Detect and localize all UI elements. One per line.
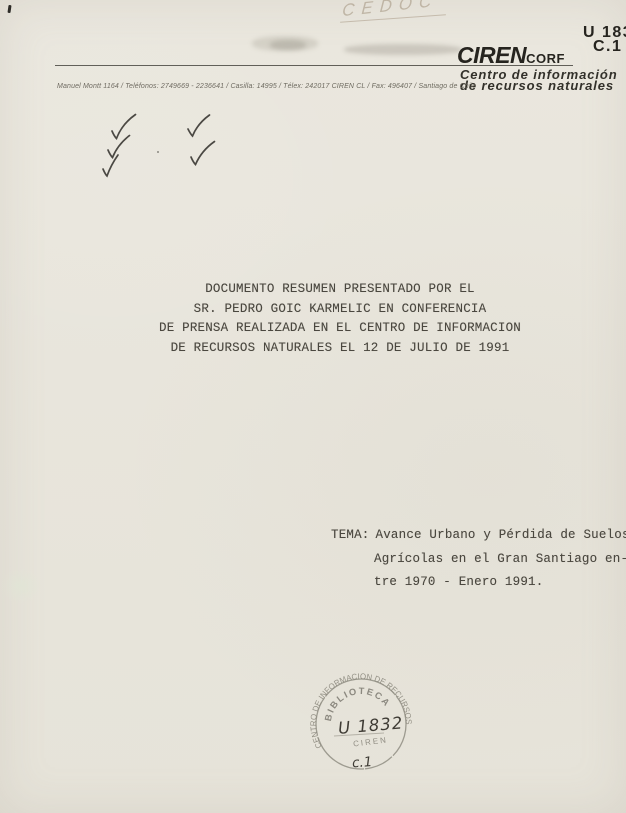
pen-dot	[157, 151, 159, 153]
stamp-org-label: CIREN	[353, 735, 389, 748]
ink-speck	[7, 5, 11, 13]
scan-smudge	[270, 40, 306, 50]
summary-line: DOCUMENTO RESUMEN PRESENTADO POR EL	[110, 280, 570, 300]
checkmark-icon	[188, 115, 210, 136]
summary-paragraph: DOCUMENTO RESUMEN PRESENTADO POR EL SR. …	[110, 280, 570, 358]
paper-light-spot	[0, 568, 42, 604]
checkmark-icon	[112, 115, 136, 139]
catalog-code-bottom: C.1	[593, 38, 622, 56]
scanned-document-page: CEDOC CIRENCORF Centro de información de…	[0, 0, 626, 813]
letterhead-rule	[55, 65, 573, 67]
scan-smudge	[344, 44, 462, 55]
tema-line: Agrícolas en el Gran Santiago en-	[374, 548, 626, 572]
tema-text: Avance Urbano y Pérdida de Suelos	[376, 528, 626, 542]
letterhead-tagline-line2: de recursos naturales	[460, 78, 614, 93]
summary-line: DE PRENSA REALIZADA EN EL CENTRO DE INFO…	[110, 319, 570, 339]
stamp-handwritten-copy: c.1	[352, 754, 373, 771]
summary-line: DE RECURSOS NATURALES EL 12 DE JULIO DE …	[110, 339, 570, 359]
tema-label: TEMA:	[331, 528, 370, 542]
tema-block: TEMA:Avance Urbano y Pérdida de Suelos A…	[331, 524, 626, 595]
tema-line: TEMA:Avance Urbano y Pérdida de Suelos	[331, 524, 626, 548]
checkmark-icon	[103, 155, 118, 176]
checkmark-icon	[108, 136, 130, 158]
summary-line: SR. PEDRO GOIC KARMELIC EN CONFERENCIA	[110, 300, 570, 320]
letterhead-address: Manuel Montt 1164 / Teléfonos: 2749669 -…	[57, 83, 476, 90]
checkmark-icon	[191, 142, 215, 165]
library-stamp: CENTRO DE INFORMACION DE RECURSOS NATURA…	[296, 656, 430, 796]
tema-line: tre 1970 - Enero 1991.	[374, 571, 626, 595]
